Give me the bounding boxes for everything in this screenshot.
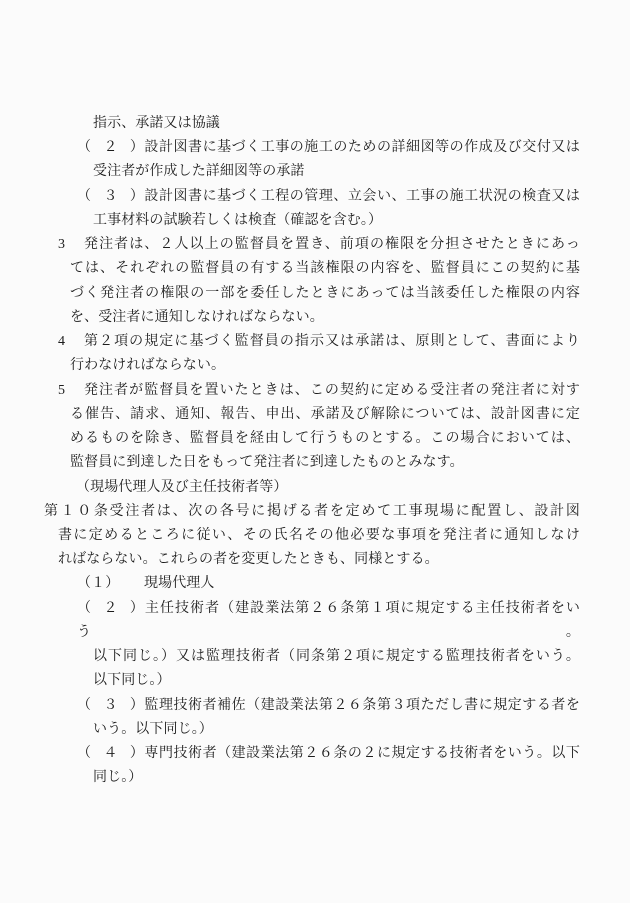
document-line: 工事材料の試験若しくは検査（確認を含む。） (93, 209, 630, 233)
line-text: 設計図書に基づく工事の施工のための詳細図等の作成及び交付又は (144, 140, 580, 155)
document-line: づく発注者の権限の一部を委任したときにあっては当該委任した権限の内容 (70, 282, 580, 306)
document-line: る催告、請求、通知、報告、申出、承諾及び解除については、設計図書に定 (70, 403, 580, 427)
item-number: （３） (77, 185, 144, 209)
document-line: 4第２項の規定に基づく監督員の指示又は承諾は、原則として、書面により (58, 330, 580, 354)
item-number: （２） (77, 597, 144, 621)
document-line: 5発注者が監督員を置いたときは、この契約に定める受注者の発注者に対す (58, 379, 580, 403)
document-line: 以下同じ。）又は監理技術者（同条第２項に規定する監理技術者をいう。 (93, 645, 580, 669)
document-line: 監督員に到達した日をもって発注者に到達したものとみなす。 (70, 451, 630, 475)
document-line: めるものを除き、監督員を経由して行うものとする。この場合においては、 (70, 427, 580, 451)
document-line: ては、それぞれの監督員の有する当該権限の内容を、監督員にこの契約に基 (70, 257, 580, 281)
line-text: めるものを除き、監督員を経由して行うものとする。この場合においては、 (70, 431, 580, 446)
paragraph-number: 4 (58, 330, 83, 354)
line-text: 第２項の規定に基づく監督員の指示又は承諾は、原則として、書面により (83, 334, 580, 349)
document-line: （４）専門技術者（建設業法第２６条の２に規定する技術者をいう。以下 (77, 742, 580, 766)
document-line: （２）設計図書に基づく工事の施工のための詳細図等の作成及び交付又は (77, 136, 580, 160)
line-text: 以下同じ。） (93, 673, 171, 688)
line-text: いう。以下同じ。） (93, 722, 213, 737)
line-text: 工事材料の試験若しくは検査（確認を含む。） (93, 213, 382, 228)
line-text: （現場代理人及び主任技術者等） (76, 480, 288, 495)
item-number: （４） (77, 742, 144, 766)
line-text: を、受注者に通知しなければならない。 (70, 310, 324, 325)
line-text: 指示、承諾又は協議 (93, 116, 220, 131)
line-text: 発注者が監督員を置いたときは、この契約に定める受注者の発注者に対す (83, 383, 580, 398)
document-line: いう。以下同じ。） (93, 718, 630, 742)
line-text: る催告、請求、通知、報告、申出、承諾及び解除については、設計図書に定 (70, 407, 580, 422)
document-text-block: 指示、承諾又は協議（２）設計図書に基づく工事の施工のための詳細図等の作成及び交付… (0, 112, 630, 791)
document-line: （１）現場代理人 (77, 572, 630, 596)
document-line: 同じ。） (93, 766, 630, 790)
line-text: 監理技術者補佐（建設業法第２６条第３項ただし書に規定する者を (144, 698, 580, 713)
line-text: 以下同じ。）又は監理技術者（同条第２項に規定する監理技術者をいう。 (93, 649, 580, 664)
line-text: 設計図書に基づく工程の管理、立会い、工事の施工状況の検査又は (144, 189, 580, 204)
item-number: （２） (77, 136, 144, 160)
article-number: 第１０条 (44, 500, 108, 524)
paragraph-number: 3 (58, 233, 83, 257)
document-line: 第１０条受注者は、次の各号に掲げる者を定めて工事現場に配置し、設計図 (44, 500, 580, 524)
paragraph-number: 5 (58, 379, 83, 403)
document-line: 受注者が作成した詳細図等の承諾 (93, 160, 630, 184)
line-text: ては、それぞれの監督員の有する当該権限の内容を、監督員にこの契約に基 (70, 261, 580, 276)
document-line: 行わなければならない。 (70, 354, 630, 378)
line-text: 行わなければならない。 (70, 358, 225, 373)
line-text: 書に定めるところに従い、その氏名その他必要な事項を発注者に通知しなけ (58, 528, 580, 543)
line-text: ればならない。これらの者を変更したときも、同様とする。 (58, 552, 439, 567)
line-text: 同じ。） (93, 770, 142, 785)
line-text: 受注者は、次の各号に掲げる者を定めて工事現場に配置し、設計図 (108, 504, 580, 519)
document-line: 以下同じ。） (93, 669, 630, 693)
document-line: 書に定めるところに従い、その氏名その他必要な事項を発注者に通知しなけ (58, 524, 580, 548)
document-line: （３）監理技術者補佐（建設業法第２６条第３項ただし書に規定する者を (77, 694, 580, 718)
document-line: ればならない。これらの者を変更したときも、同様とする。 (58, 548, 630, 572)
document-line: （現場代理人及び主任技術者等） (76, 476, 630, 500)
line-text: 専門技術者（建設業法第２６条の２に規定する技術者をいう。以下 (144, 746, 580, 761)
document-line: （２）主任技術者（建設業法第２６条第１項に規定する主任技術者をいう。 (77, 597, 580, 645)
line-text: 現場代理人 (144, 576, 215, 591)
item-number: （３） (77, 694, 144, 718)
item-number: （１） (77, 572, 144, 596)
line-text: 発注者は、２人以上の監督員を置き、前項の権限を分担させたときにあっ (83, 237, 580, 252)
line-text: 受注者が作成した詳細図等の承諾 (93, 164, 305, 179)
line-text: 監督員に到達した日をもって発注者に到達したものとみなす。 (70, 455, 464, 470)
document-line: （３）設計図書に基づく工程の管理、立会い、工事の施工状況の検査又は (77, 185, 580, 209)
document-line: 3発注者は、２人以上の監督員を置き、前項の権限を分担させたときにあっ (58, 233, 580, 257)
document-line: 指示、承諾又は協議 (93, 112, 630, 136)
document-line: を、受注者に通知しなければならない。 (70, 306, 630, 330)
document-page: 指示、承諾又は協議（２）設計図書に基づく工事の施工のための詳細図等の作成及び交付… (0, 0, 630, 903)
line-text: 主任技術者（建設業法第２６条第１項に規定する主任技術者をいう。 (77, 601, 580, 640)
line-text: づく発注者の権限の一部を委任したときにあっては当該委任した権限の内容 (70, 286, 580, 301)
